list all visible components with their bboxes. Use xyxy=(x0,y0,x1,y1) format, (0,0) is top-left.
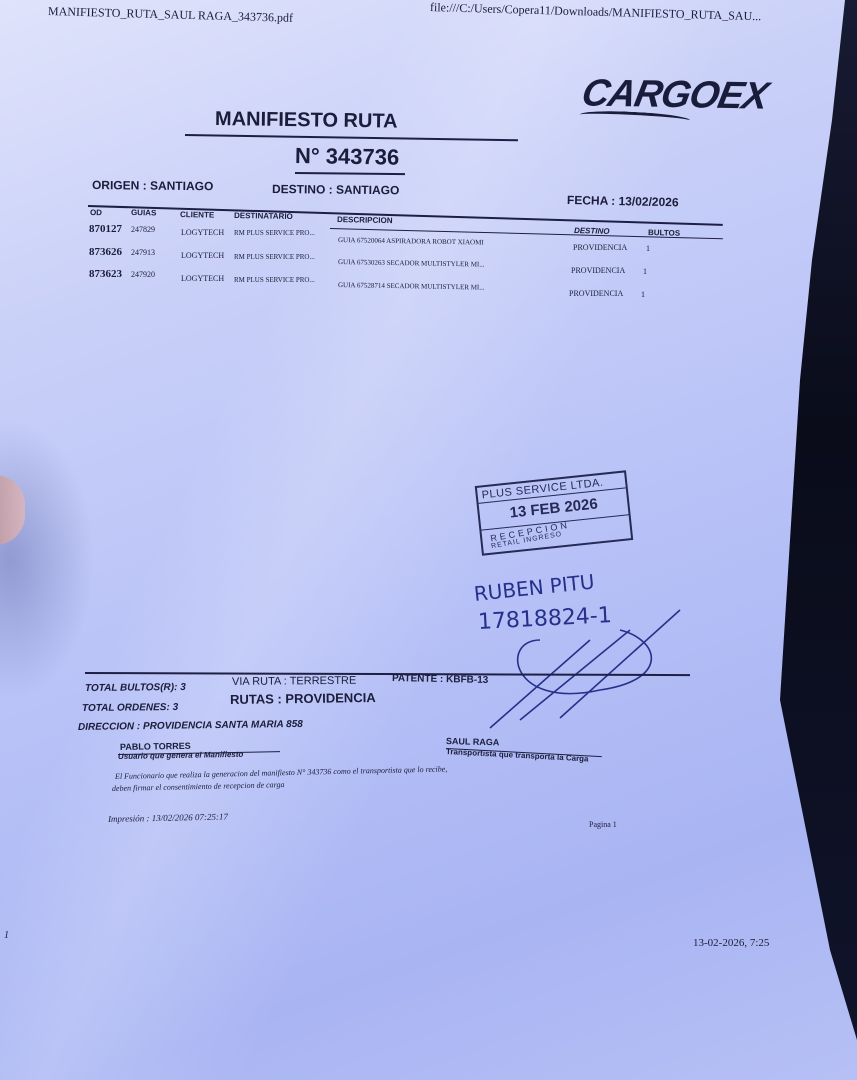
total-ordenes: TOTAL ORDENES: 3 xyxy=(82,702,178,714)
row-cliente: LOGYTECH xyxy=(181,274,224,283)
row-cliente: LOGYTECH xyxy=(181,251,224,260)
row-destino: PROVIDENCIA xyxy=(571,266,625,275)
page-title: MANIFIESTO RUTA xyxy=(215,108,398,134)
row-od: 873623 xyxy=(89,268,122,280)
col-od: OD xyxy=(90,208,102,217)
origen: ORIGEN : SANTIAGO xyxy=(92,178,213,193)
stamp-date: 13 FEB 2026 xyxy=(509,495,599,521)
row-bultos: 1 xyxy=(646,244,650,253)
row-cliente: LOGYTECH xyxy=(181,228,224,237)
manifest-number: N° 343736 xyxy=(295,143,400,171)
rutas: RUTAS : PROVIDENCIA xyxy=(230,690,376,707)
col-descripcion: DESCRIPCION xyxy=(337,215,393,225)
fecha: FECHA : 13/02/2026 xyxy=(567,193,679,209)
row-bultos: 1 xyxy=(641,290,645,299)
col-guias: GUIAS xyxy=(131,208,156,217)
page-number: Pagina 1 xyxy=(589,820,617,829)
row-bultos: 1 xyxy=(643,267,647,276)
row-destino: PROVIDENCIA xyxy=(569,289,623,298)
row-destinatario: RM PLUS SERVICE PRO... xyxy=(234,229,315,237)
row-destinatario: RM PLUS SERVICE PRO... xyxy=(234,276,315,284)
row-od: 873626 xyxy=(89,246,122,258)
row-guia: 247913 xyxy=(131,248,155,257)
row-od: 870127 xyxy=(89,223,122,235)
row-guia: 247829 xyxy=(131,225,155,234)
paper-document xyxy=(0,0,857,1080)
signature-scribble xyxy=(480,600,700,740)
row-destinatario: RM PLUS SERVICE PRO... xyxy=(234,253,315,261)
col-cliente: CLIENTE xyxy=(180,210,214,220)
col-destinatario: DESTINATARIO xyxy=(234,211,293,221)
destino: DESTINO : SANTIAGO xyxy=(272,182,399,197)
print-footer-page: 1 xyxy=(4,930,9,941)
via-ruta: VIA RUTA : TERRESTRE xyxy=(232,675,356,688)
row-guia: 247920 xyxy=(131,270,155,279)
print-footer-datetime: 13-02-2026, 7:25 xyxy=(693,937,769,949)
carrier-name: SAUL RAGA xyxy=(446,736,500,747)
total-bultos: TOTAL BULTOS(R): 3 xyxy=(85,682,186,694)
patente: PATENTE : KBFB-13 xyxy=(392,673,489,686)
row-destino: PROVIDENCIA xyxy=(573,243,627,252)
